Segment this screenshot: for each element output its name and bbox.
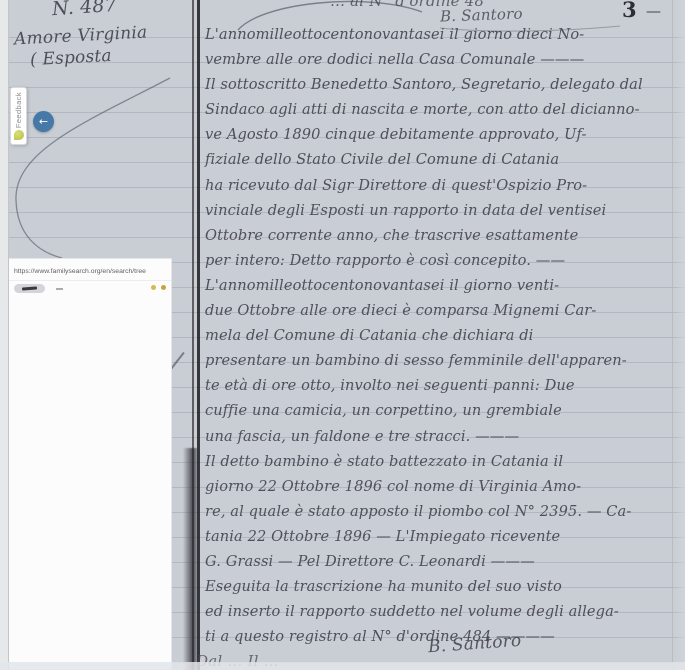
act-line: ve Agosto 1890 cinque debitamente approv… bbox=[205, 122, 679, 147]
act-line: vinciale degli Esposti un rapporto in da… bbox=[205, 198, 679, 223]
page-number: 3 bbox=[622, 0, 637, 22]
act-text-block: L'annomilleottocentonovantasei il giorno… bbox=[205, 22, 679, 649]
act-line: L'annomilleottocentonovantasei il giorno… bbox=[205, 273, 679, 298]
act-line: cuffie una camicia, un corpettino, un gr… bbox=[205, 398, 679, 423]
yellow-dot-icon bbox=[151, 285, 156, 290]
act-line: ha ricevuto dal Sigr Direttore di quest'… bbox=[205, 173, 679, 198]
book-gutter-shadow bbox=[183, 448, 199, 670]
act-line: G. Grassi — Pel Direttore C. Leonardi ——… bbox=[205, 549, 679, 574]
act-line: ed inserto il rapporto suddetto nel volu… bbox=[205, 599, 679, 624]
act-line: fiziale dello Stato Civile del Comune di… bbox=[205, 147, 679, 172]
act-line: due Ottobre alle ore dieci è comparsa Mi… bbox=[205, 298, 679, 323]
record-name-esposta: ( Esposta bbox=[30, 46, 113, 70]
back-button[interactable]: ← bbox=[33, 111, 54, 132]
panel-divider bbox=[9, 280, 171, 281]
act-line: re, al quale è stato apposto il piombo c… bbox=[205, 499, 679, 524]
act-line: Il sottoscritto Benedetto Santoro, Segre… bbox=[205, 72, 679, 97]
act-line: te età di ore otto, involto nei seguenti… bbox=[205, 373, 679, 398]
top-dash: — bbox=[646, 2, 661, 20]
act-line: Ottobre corrente anno, che trascrive esa… bbox=[205, 223, 679, 248]
feedback-icon bbox=[14, 130, 24, 140]
act-line: L'annomilleottocentonovantasei il giorno… bbox=[205, 22, 679, 47]
feedback-tab[interactable]: Feedback bbox=[10, 87, 27, 145]
record-viewer-page: N. 487 Amore Virginia ( Esposta … al N° … bbox=[0, 0, 685, 670]
page-left-edge bbox=[0, 0, 9, 670]
back-arrow-icon: ← bbox=[39, 116, 48, 127]
yellow-dot-icon bbox=[161, 285, 166, 290]
feedback-tab-label: Feedback bbox=[14, 92, 23, 128]
panel-dash bbox=[56, 288, 63, 290]
act-line: giorno 22 Ottobre 1896 col nome di Virgi… bbox=[205, 474, 679, 499]
blank-overlay-panel: https://www.familysearch.org/en/search/t… bbox=[8, 258, 172, 670]
record-number: N. 487 bbox=[51, 0, 117, 20]
act-line: Sindaco agli atti di nascita e morte, co… bbox=[205, 97, 679, 122]
page-right-edge bbox=[672, 0, 685, 670]
act-line: tania 22 Ottobre 1896 — L'Impiegato rice… bbox=[205, 524, 679, 549]
act-line: mela del Comune di Catania che dichiara … bbox=[205, 323, 679, 348]
thumbnail-pill[interactable] bbox=[14, 284, 45, 293]
act-line: Eseguita la trascrizione ha munito del s… bbox=[205, 574, 679, 599]
link-preview-url: https://www.familysearch.org/en/search/t… bbox=[14, 267, 146, 275]
act-line: presentare un bambino di sesso femminile… bbox=[205, 348, 679, 373]
record-name: Amore Virginia bbox=[14, 23, 148, 50]
act-line: vembre alle ore dodici nella Casa Comuna… bbox=[205, 47, 679, 72]
act-line: Il detto bambino è stato battezzato in C… bbox=[205, 449, 679, 474]
act-line: una fascia, un faldone e tre stracci. ——… bbox=[205, 424, 679, 449]
act-line: per intero: Detto rapporto è così concep… bbox=[205, 248, 679, 273]
page-bottom-edge bbox=[0, 662, 685, 670]
pill-scribble-icon bbox=[22, 286, 37, 290]
